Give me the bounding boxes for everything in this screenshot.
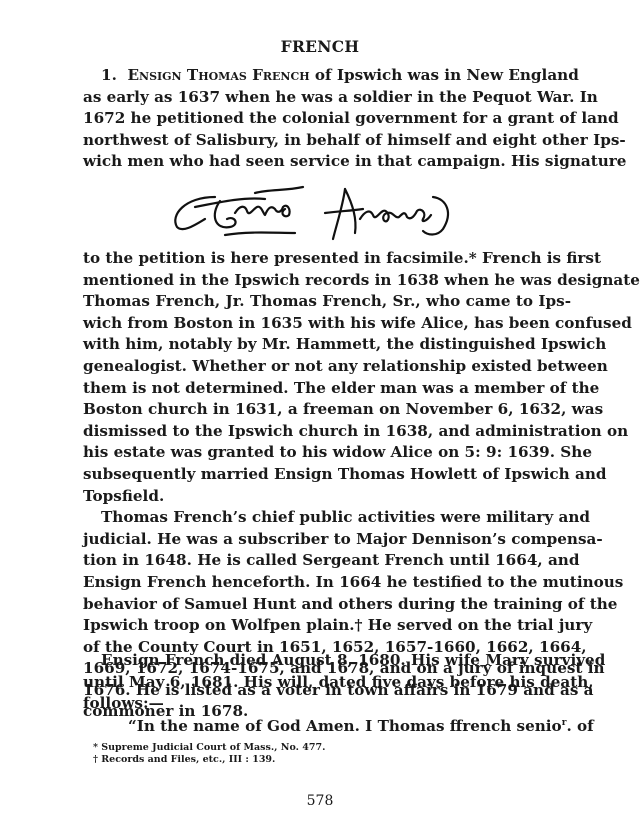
text-line: Ipswich troop on Wolfpen plain.† He serv…: [83, 615, 571, 637]
text-line: his estate was granted to his widow Alic…: [83, 442, 571, 464]
text-line: tion in 1648. He is called Sergeant Fren…: [83, 550, 571, 572]
text-line: until May 6, 1681. His will, dated five …: [83, 672, 571, 694]
footnote: * Supreme Judicial Court of Mass., No. 4…: [93, 742, 325, 754]
text-line: Thomas French, Jr. Thomas French, Sr., w…: [83, 291, 571, 313]
text-line: wich from Boston in 1635 with his wife A…: [83, 313, 571, 335]
quote-text: “In the name of God Amen. I Thomas ffren…: [128, 717, 562, 735]
signature-facsimile-image: [165, 175, 495, 245]
paragraph-1: 1. Ensign Thomas French of Ipswich was i…: [83, 65, 571, 173]
footnote: † Records and Files, etc., III : 139.: [93, 754, 325, 766]
quote-tail: . of: [566, 717, 593, 735]
paragraph-3: Ensign French died August 8, 1680. His w…: [83, 650, 571, 715]
text-line: northwest of Salisbury, in behalf of him…: [83, 130, 571, 152]
text-fragment: of Ipswich was in New England: [310, 66, 579, 84]
text-line: behavior of Samuel Hunt and others durin…: [83, 594, 571, 616]
text-line: judicial. He was a subscriber to Major D…: [83, 529, 571, 551]
text-line: follows:—: [83, 693, 571, 715]
entry-name: Ensign Thomas French: [127, 66, 309, 84]
text-line: genealogist. Whether or not any relation…: [83, 356, 571, 378]
will-quote-line: “In the name of God Amen. I Thomas ffren…: [128, 713, 571, 738]
text-line: them is not determined. The elder man wa…: [83, 378, 571, 400]
text-line: Ensign French died August 8, 1680. His w…: [83, 650, 571, 672]
text-line: Thomas French’s chief public activities …: [83, 507, 571, 529]
text-line: with him, notably by Mr. Hammett, the di…: [83, 334, 571, 356]
text-line: subsequently married Ensign Thomas Howle…: [83, 464, 571, 486]
text-line: to the petition is here presented in fac…: [83, 248, 571, 270]
text-line: Boston church in 1631, a freeman on Nove…: [83, 399, 571, 421]
text-line: Topsfield.: [83, 486, 571, 508]
text-line: wich men who had seen service in that ca…: [83, 151, 571, 173]
entry-number: 1.: [101, 66, 117, 84]
text-line: Ensign French henceforth. In 1664 he tes…: [83, 572, 571, 594]
page-number: 578: [0, 793, 640, 809]
text-line: as early as 1637 when he was a soldier i…: [83, 87, 571, 109]
text-line: dismissed to the Ipswich church in 1638,…: [83, 421, 571, 443]
text-line: 1672 he petitioned the colonial governme…: [83, 108, 571, 130]
footnotes: * Supreme Judicial Court of Mass., No. 4…: [93, 742, 325, 765]
document-page: FRENCH 1. Ensign Thomas French of Ipswic…: [0, 0, 640, 838]
running-head: FRENCH: [0, 37, 640, 56]
text-line: 1. Ensign Thomas French of Ipswich was i…: [83, 65, 571, 87]
text-line: mentioned in the Ipswich records in 1638…: [83, 270, 571, 292]
